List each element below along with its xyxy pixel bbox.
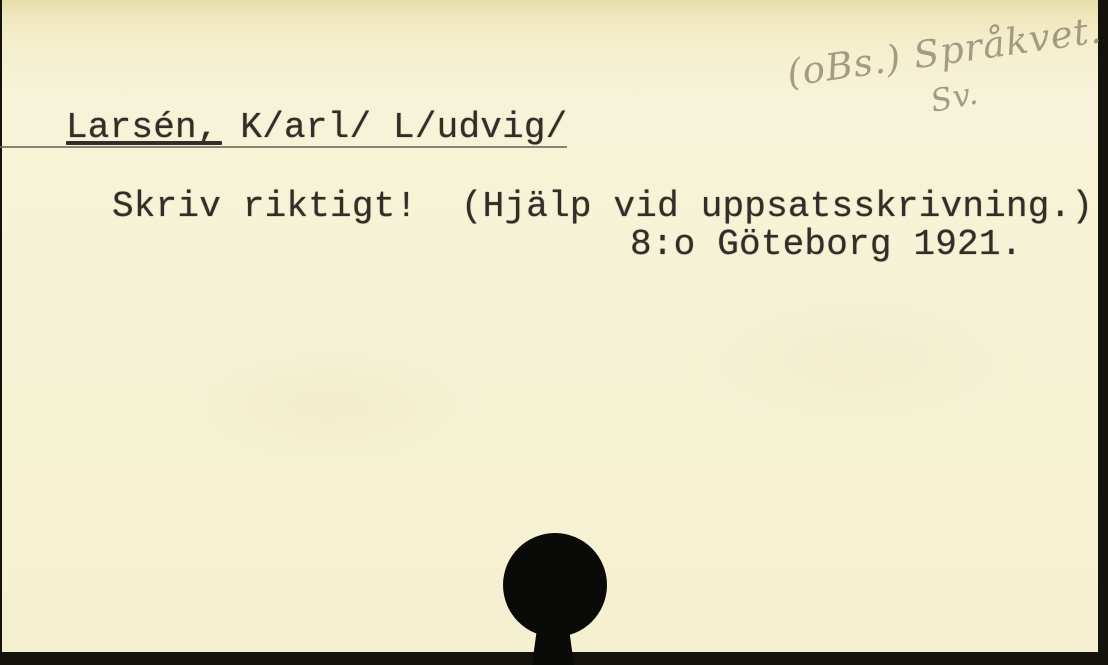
imprint-line: 8:o Göteborg 1921. xyxy=(630,227,1022,263)
punch-hole xyxy=(503,533,607,637)
punch-hole-stem xyxy=(532,622,574,665)
scanned-catalog-card-image: Larsén, K/arl/ L/udvig/ Skriv riktigt! (… xyxy=(0,0,1108,665)
card-heading: Larsén, K/arl/ L/udvig/ xyxy=(66,110,567,146)
title-line: Skriv riktigt! (Hjälp vid uppsatsskrivni… xyxy=(112,189,1093,225)
annotation-language-note: Sv. xyxy=(928,75,982,119)
handwritten-annotation: (oBs.) Språkvet. Sv. xyxy=(763,0,1108,130)
author-forenames: K/arl/ L/udvig/ xyxy=(219,107,568,148)
author-surname: Larsén, xyxy=(66,107,219,148)
